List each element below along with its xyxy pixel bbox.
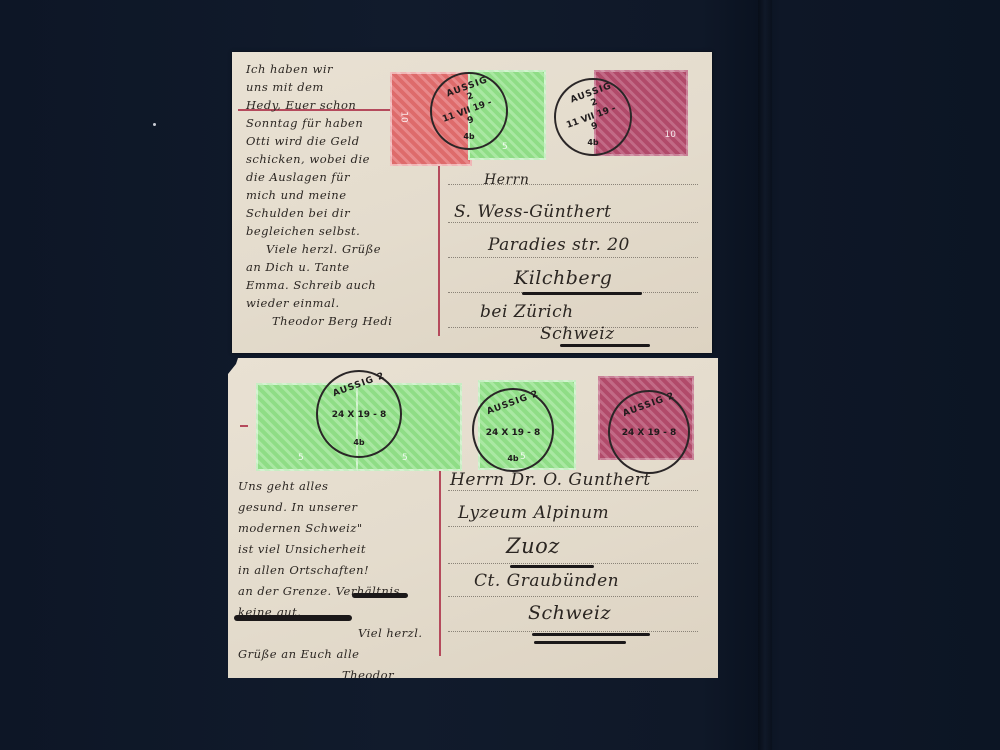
address-name: S. Wess-Günthert (454, 202, 611, 222)
address-name: Herrn Dr. O. Gunthert (450, 470, 651, 490)
message-text: Ich haben wir uns mit dem Hedy, Euer sch… (246, 60, 392, 330)
address-line (448, 490, 698, 491)
address-country: Schweiz (528, 602, 611, 624)
address-town: Zuoz (506, 534, 560, 558)
country-underline-2 (534, 641, 626, 644)
postmark-cancel: AUSSIG 2 24 X 19 - 8 (608, 390, 690, 474)
postcard-upper: Ich haben wir uns mit dem Hedy, Euer sch… (232, 52, 712, 353)
address-city: bei Zürich (480, 302, 574, 322)
town-underline (510, 565, 594, 568)
address-line (448, 596, 698, 597)
address-town: Kilchberg (514, 267, 612, 289)
divider-tick (240, 425, 248, 427)
address-line (448, 631, 698, 632)
ink-redaction (234, 615, 352, 621)
address-line (448, 222, 698, 223)
background-fold (758, 0, 772, 750)
message-text: Uns geht alles gesund. In unserer modern… (238, 476, 423, 678)
card-divider-line (439, 466, 441, 656)
address-street: Paradies str. 20 (488, 235, 630, 255)
town-underline (522, 292, 642, 295)
dust-speck (153, 123, 156, 126)
ink-redaction (352, 593, 408, 598)
country-underline (560, 344, 650, 347)
postmark-cancel: AUSSIG 2 11 VII 19 - 9 4b (430, 72, 508, 150)
postmark-cancel: AUSSIG 2 24 X 19 - 8 4b (316, 370, 402, 458)
postcard-lower: Uns geht alles gesund. In unserer modern… (228, 358, 718, 678)
postmark-cancel: AUSSIG 2 11 VII 19 - 9 4b (554, 78, 632, 156)
address-canton: Ct. Graubünden (474, 571, 619, 591)
address-line (448, 563, 698, 564)
address-school: Lyzeum Alpinum (458, 503, 609, 523)
address-line (448, 526, 698, 527)
address-line (448, 257, 698, 258)
address-salutation: Herrn (484, 172, 529, 188)
address-country: Schweiz (540, 324, 615, 344)
country-underline-1 (532, 633, 650, 636)
postmark-cancel: AUSSIG 2 24 X 19 - 8 4b (472, 388, 554, 472)
